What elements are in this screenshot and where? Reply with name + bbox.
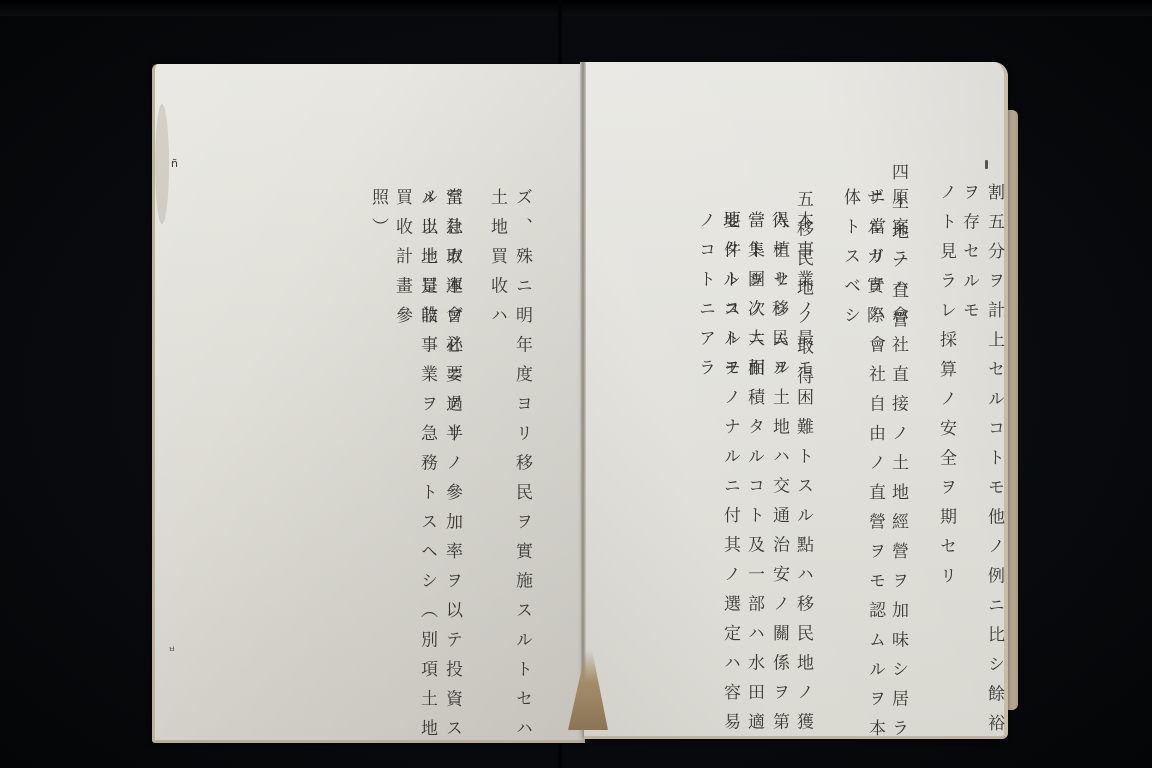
binding-hole-mark — [985, 160, 988, 169]
book-spine — [580, 62, 586, 702]
left-col-5: 照） — [366, 188, 391, 247]
margin-mark: ñ — [171, 157, 178, 170]
left-col-1: ズ、殊ニ明年度ヨリ移民ヲ實施スルトセハ土地買收ハ — [485, 188, 535, 768]
right-col-1: 割五分ヲ計上セルコトモ他ノ例ニ比シ餘裕ヲ存セルモ — [957, 183, 1007, 768]
corner-mark: ㅂ — [168, 644, 176, 655]
paper-stain — [155, 104, 169, 224]
right-col-10: 要件トスルモノナルニ付其ノ選定ハ容易ノコトニアラ — [693, 211, 743, 768]
right-col-2: ノト見ラレ採算ノ安全ヲ期セリ — [934, 183, 959, 596]
left-col-4: メ土地買收事業ヲ急務トスヘシ（別項土地買收計畫參 — [390, 188, 440, 768]
right-col-5: ニ當リテハ會社自由ノ直營ヲモ認ムルヲ本体トスベシ — [838, 188, 888, 768]
